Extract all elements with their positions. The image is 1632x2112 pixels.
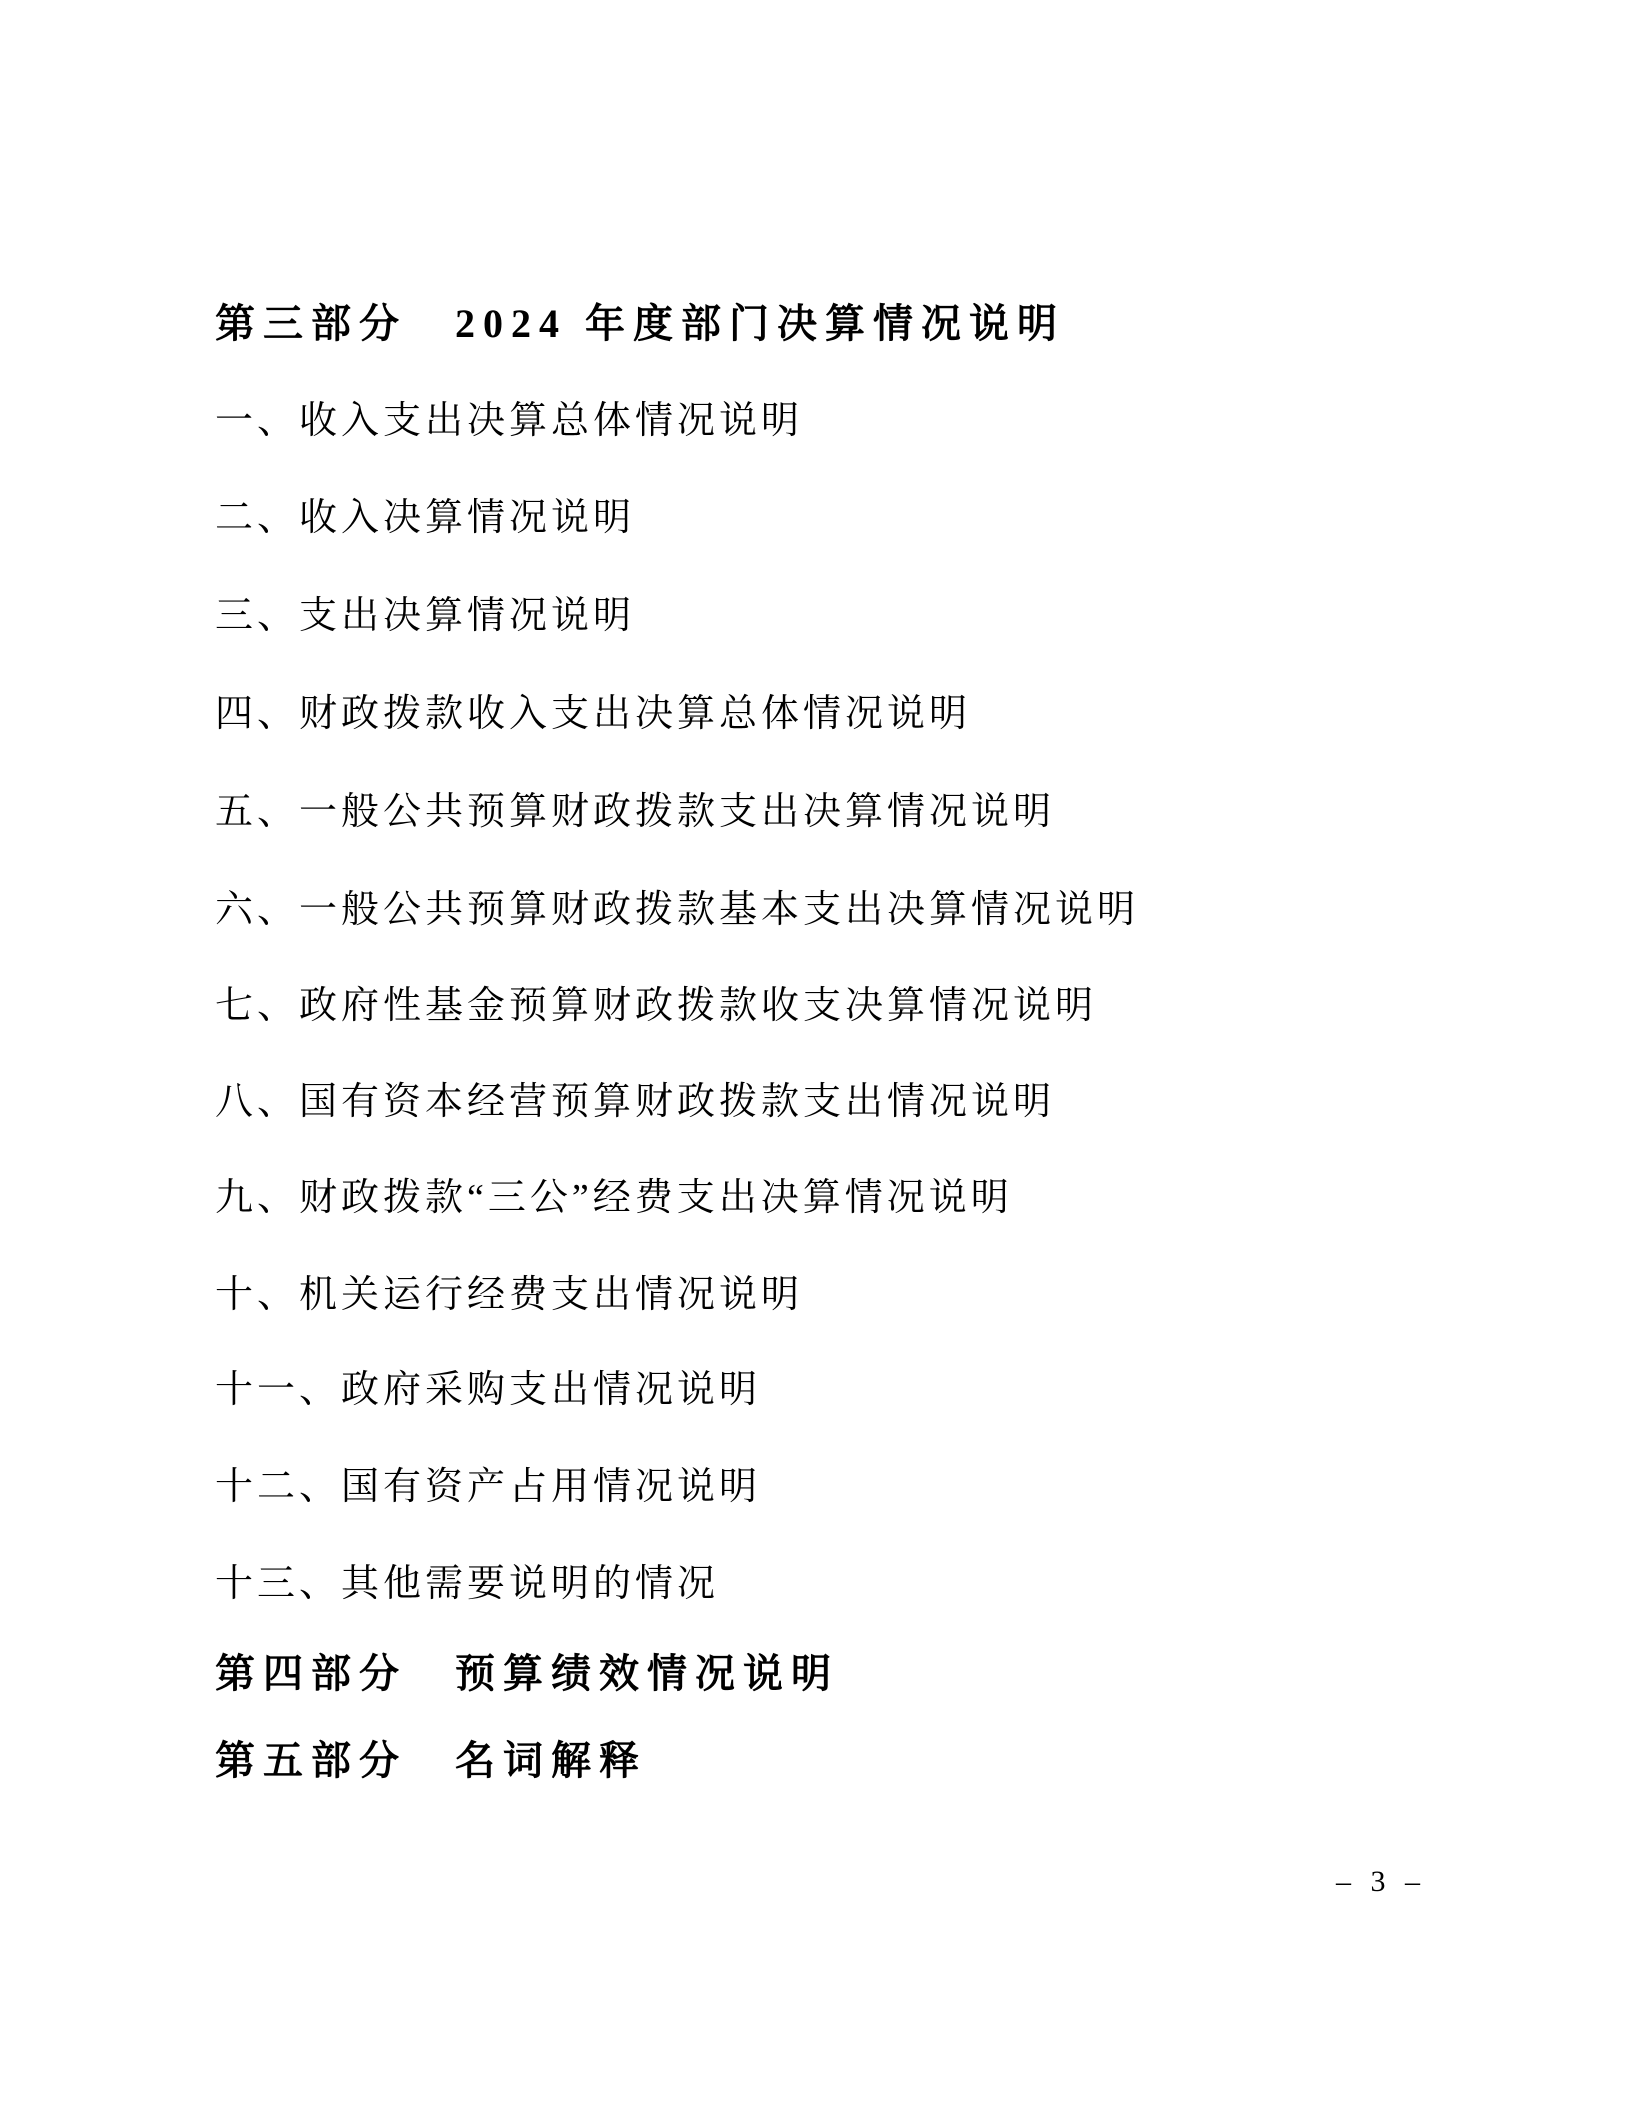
toc-item-03: 三、支出决算情况说明 bbox=[215, 586, 635, 646]
toc-item-02: 二、收入决算情况说明 bbox=[215, 488, 635, 548]
toc-item-09: 九、财政拨款“三公”经费支出决算情况说明 bbox=[215, 1168, 1013, 1228]
toc-item-12: 十二、国有资产占用情况说明 bbox=[215, 1457, 761, 1517]
toc-item-10: 十、机关运行经费支出情况说明 bbox=[215, 1265, 803, 1325]
toc-heading-part5: 第五部分 名词解释 bbox=[215, 1731, 647, 1791]
page-number: – 3 – bbox=[1336, 1862, 1426, 1902]
toc-item-06: 六、一般公共预算财政拨款基本支出决算情况说明 bbox=[215, 880, 1139, 940]
toc-item-13: 十三、其他需要说明的情况 bbox=[215, 1554, 719, 1614]
toc-heading-part4: 第四部分 预算绩效情况说明 bbox=[215, 1644, 839, 1704]
document-page: 第三部分 2024 年度部门决算情况说明 一、收入支出决算总体情况说明 二、收入… bbox=[0, 0, 1632, 2112]
toc-item-01: 一、收入支出决算总体情况说明 bbox=[215, 391, 803, 451]
toc-item-04: 四、财政拨款收入支出决算总体情况说明 bbox=[215, 684, 971, 744]
toc-item-05: 五、一般公共预算财政拨款支出决算情况说明 bbox=[215, 782, 1055, 842]
toc-item-08: 八、国有资本经营预算财政拨款支出情况说明 bbox=[215, 1072, 1055, 1132]
toc-item-11: 十一、政府采购支出情况说明 bbox=[215, 1360, 761, 1420]
toc-heading-part3: 第三部分 2024 年度部门决算情况说明 bbox=[215, 294, 1065, 354]
toc-item-07: 七、政府性基金预算财政拨款收支决算情况说明 bbox=[215, 976, 1097, 1036]
